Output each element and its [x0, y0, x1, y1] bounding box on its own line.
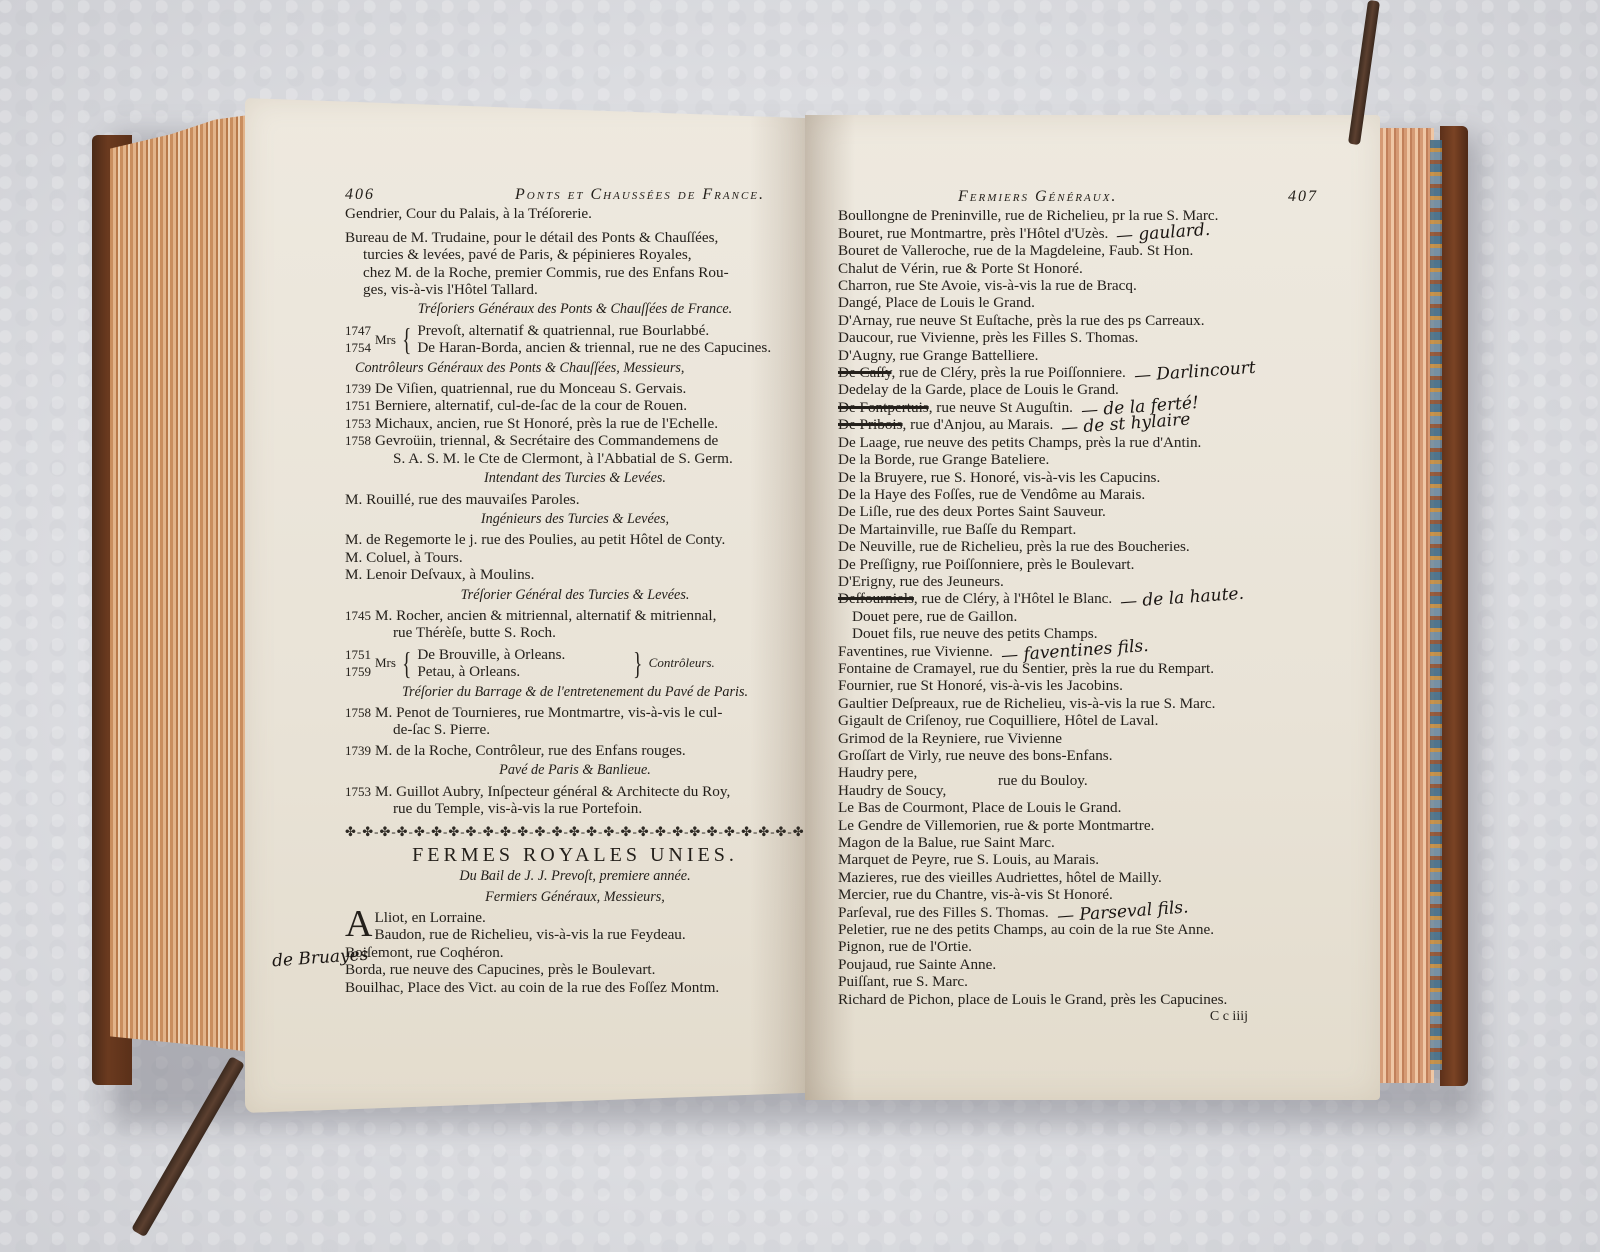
- list-item: Groſſart de Virly, rue neuve des bons-En…: [838, 747, 1308, 764]
- list-item: Pignon, rue de l'Ortie.: [838, 938, 1308, 955]
- signature-mark: C c iiij: [838, 1008, 1308, 1025]
- fermier-address: , rue Coquilliere, Hôtel de Laval.: [958, 712, 1159, 729]
- year: 1758: [345, 705, 371, 720]
- list-item: Magon de la Balue, rue Saint Marc.: [838, 834, 1308, 851]
- fermier-name: De la Bruyere: [838, 469, 923, 486]
- fermier-name: De Martainville: [838, 521, 935, 538]
- text-line: rue Thérèſe, butte S. Roch.: [345, 624, 805, 641]
- fermier-address: , rue S. Louis, au Marais.: [946, 851, 1099, 868]
- fermier-name: D'Erigny: [838, 573, 892, 590]
- fermier-name: Pignon: [838, 938, 881, 955]
- fermier-name: Deſfourniels: [838, 590, 914, 607]
- fermier-name: Marquet de Peyre: [838, 851, 946, 868]
- fermier-address: , rue Poiſſonniere, près le Boulevart.: [914, 556, 1134, 573]
- fermier-address: , rue Vivienne.: [904, 643, 993, 660]
- fermier-address: , rue des deux Portes Saint Sauveur.: [888, 503, 1106, 520]
- text-line: De Haran-Borda, ancien & triennal, rue n…: [417, 339, 771, 356]
- list-item: Poujaud, rue Sainte Anne.: [838, 956, 1308, 973]
- fermier-address: , rue du Chantre, vis-à-vis St Honoré.: [885, 886, 1112, 903]
- year: 1753: [345, 416, 371, 431]
- list-item: Daucour, rue Vivienne, près les Filles S…: [838, 329, 1308, 346]
- fermier-address: , rue Vivienne, près les Filles S. Thoma…: [890, 329, 1139, 346]
- section-title: FERMES ROYALES UNIES.: [345, 847, 805, 864]
- fermier-address: , rue de Vendôme au Marais.: [971, 486, 1145, 503]
- fermier-address: , rue de Richelieu, vis-à-vis la rue S. …: [955, 695, 1216, 712]
- text-line: de-ſac S. Pierre.: [345, 721, 805, 738]
- list-item: Grimod de la Reyniere, rue Vivienne: [838, 730, 1308, 747]
- list-item: Puiſſant, rue S. Marc.: [838, 973, 1308, 990]
- text-line: Bureau de M. Trudaine, pour le détail de…: [345, 229, 805, 246]
- fermier-name: Groſſart de Virly: [838, 747, 938, 764]
- year: 1759: [345, 663, 371, 680]
- fermier-name: De Liſle: [838, 503, 888, 520]
- list-item: De la Haye des Foſſes, rue de Vendôme au…: [838, 486, 1308, 503]
- list-item: Dangé, Place de Louis le Grand.: [838, 294, 1308, 311]
- text-line: chez M. de la Roche, premier Commis, rue…: [345, 264, 805, 281]
- fermier-address: , rue des Jeuneurs.: [892, 573, 1004, 590]
- fermier-name: Boullongne de Preninville: [838, 207, 997, 224]
- messieurs-abbrev: Mrs: [375, 654, 396, 671]
- fermier-name: Fontaine de Cramayel: [838, 660, 972, 677]
- text-line: M. Lenoir Deſvaux, à Moulins.: [345, 566, 805, 583]
- fermier-name: Haudry pere,: [838, 764, 917, 781]
- fermier-name: Douet pere: [852, 608, 919, 625]
- fermier-address: , rue & porte Montmartre.: [997, 817, 1155, 834]
- list-item: De la Borde, rue Grange Bateliere.: [838, 451, 1308, 468]
- list-item: Chalut de Vérin, rue & Porte St Honoré.: [838, 260, 1308, 277]
- fermier-name: Haudry de Soucy,: [838, 782, 946, 799]
- fermier-name: Faventines: [838, 643, 904, 660]
- text-line: rue du Temple, vis-à-vis la rue Portefoi…: [345, 800, 805, 817]
- list-item: Dedelay de la Garde, place de Louis le G…: [838, 381, 1308, 398]
- text-line: Bouilhac, Place des Vict. au coin de la …: [345, 979, 805, 996]
- fermier-address: , rue neuve des bons-Enfans.: [938, 747, 1113, 764]
- marbled-endpaper: [1430, 140, 1442, 1070]
- fermier-address: , rue de l'Ortie.: [881, 938, 972, 955]
- fermier-name: De Laage: [838, 434, 897, 451]
- fermier-name: Grimod de la Reyniere: [838, 730, 977, 747]
- text-line: M. Rocher, ancien & mitriennal, alternat…: [375, 607, 716, 624]
- year: 1745: [345, 608, 371, 623]
- controleurs-orleans-group: 1751 1759 Mrs { De Brouville, à Orleans.…: [345, 646, 805, 681]
- running-head-title: Ponts et Chaussées de France.: [515, 186, 805, 203]
- fermier-name: Chalut de Vérin: [838, 260, 935, 277]
- text-line: Petau, à Orleans.: [417, 663, 627, 680]
- section-heading: Tréſorier Général des Turcies & Levées.: [345, 587, 805, 604]
- list-item: De Neuville, rue de Richelieu, près la r…: [838, 538, 1308, 555]
- fermier-address: , rue du Sentier, près la rue du Rempart…: [972, 660, 1214, 677]
- list-item: Richard de Pichon, place de Louis le Gra…: [838, 991, 1308, 1008]
- text-line: Borda, rue neuve des Capucines, près le …: [345, 961, 805, 978]
- fermier-name: Poujaud: [838, 956, 888, 973]
- tresoriers-group: 1747 1754 Mrs { Prevoſt, alternatif & qu…: [345, 322, 805, 357]
- page-number: 406: [345, 186, 375, 203]
- year: 1753: [345, 784, 371, 799]
- list-item: Fontaine de Cramayel, rue du Sentier, pr…: [838, 660, 1308, 677]
- fermier-address: , rue Ste Avoie, vis-à-vis la rue de Bra…: [888, 277, 1137, 294]
- list-item: De la Bruyere, rue S. Honoré, vis-à-vis …: [838, 469, 1308, 486]
- fermier-name: De la Haye des Foſſes: [838, 486, 971, 503]
- section-heading: Tréſoriers Généraux des Ponts & Chauſſée…: [345, 301, 805, 318]
- fermier-address: , rue S. Honoré, vis-à-vis les Capucins.: [923, 469, 1160, 486]
- fermier-name: Douet fils: [852, 625, 912, 642]
- fermier-name: Puiſſant: [838, 973, 885, 990]
- fermier-name: Mazieres: [838, 869, 894, 886]
- list-item: Haudry de Soucy,: [838, 782, 1308, 799]
- fermier-name: Magon de la Balue: [838, 834, 953, 851]
- fermier-address: , rue de Gaillon.: [919, 608, 1017, 625]
- fermier-address: , rue neuve des petits Champs, près la r…: [897, 434, 1202, 451]
- fermier-address: , rue neuve St Euſtache, près la rue des…: [889, 312, 1205, 329]
- fermier-name: Mercier: [838, 886, 885, 903]
- fermier-address: , rue S. Marc.: [885, 973, 968, 990]
- list-item: De Martainville, rue Baſſe du Rempart.: [838, 521, 1308, 538]
- text-line: S. A. S. M. le Cte de Clermont, à l'Abba…: [345, 450, 805, 467]
- section-heading: Ingénieurs des Turcies & Levées,: [345, 511, 805, 528]
- brace-icon: {: [402, 324, 411, 354]
- text-line: Gevroüin, triennal, & Secrétaire des Com…: [375, 432, 718, 449]
- fermier-address: , rue de Cléry, près la rue Poiſſonniere…: [891, 364, 1125, 381]
- text-line: Gendrier, Cour du Palais, à la Tréſoreri…: [345, 205, 805, 222]
- fermier-address: , rue Baſſe du Rempart.: [935, 521, 1077, 538]
- fermier-address: , Place de Louis le Grand.: [878, 294, 1035, 311]
- year: 1758: [345, 433, 371, 448]
- fermier-address: , place de Louis le Grand.: [962, 381, 1118, 398]
- text-line: De Brouville, à Orleans.: [417, 646, 627, 663]
- fermier-address: , rue Vivienne: [977, 730, 1062, 747]
- list-item: Bouret, rue Montmartre, près l'Hôtel d'U…: [838, 225, 1308, 242]
- fermier-name: De Preſſigny: [838, 556, 914, 573]
- left-page-text: 406 Ponts et Chaussées de France. Gendri…: [345, 186, 805, 996]
- list-item: Gaultier Deſpreaux, rue de Richelieu, vi…: [838, 695, 1308, 712]
- list-item: Faventines, rue Vivienne.— faventines fi…: [838, 643, 1308, 660]
- fermier-address: , rue ne des petits Champs, au coin de l…: [884, 921, 1214, 938]
- list-item: D'Arnay, rue neuve St Euſtache, près la …: [838, 312, 1308, 329]
- text-line: ges, vis-à-vis l'Hôtel Tallard.: [345, 281, 805, 298]
- fermier-address: , rue de Richelieu, près la rue des Bouc…: [912, 538, 1190, 555]
- fermier-address: , rue des vieilles Audriettes, hôtel de …: [894, 869, 1162, 886]
- fermier-name: Gigault de Criſenoy: [838, 712, 958, 729]
- fermier-address: , rue St Honoré, vis-à-vis les Jacobins.: [890, 677, 1123, 694]
- fermier-name: Peletier: [838, 921, 884, 938]
- text-line: Prevoſt, alternatif & quatriennal, rue B…: [417, 322, 771, 339]
- list-item: Deſfourniels, rue de Cléry, à l'Hôtel le…: [838, 590, 1308, 607]
- right-page-text: Fermiers Généraux. 407 Boullongne de Pre…: [838, 188, 1308, 1026]
- book-cover-right: [1440, 126, 1468, 1086]
- fermier-name: Dedelay de la Garde: [838, 381, 962, 398]
- list-item: De Laage, rue neuve des petits Champs, p…: [838, 434, 1308, 451]
- page-edges-right: [1372, 128, 1434, 1083]
- section-heading: Pavé de Paris & Banlieue.: [345, 762, 805, 779]
- fermier-address: , rue d'Anjou, au Marais.: [903, 416, 1054, 433]
- fermier-address: , rue neuve des petits Champs.: [912, 625, 1097, 642]
- fermier-address: , Place de Louis le Grand.: [964, 799, 1121, 816]
- list-item: Le Bas de Courmont, Place de Louis le Gr…: [838, 799, 1308, 816]
- text-line: Boiſemont, rue Coqhéron.: [345, 944, 805, 961]
- right-running-head: Fermiers Généraux. 407: [838, 188, 1308, 205]
- fermier-address: , rue des Filles S. Thomas.: [888, 904, 1049, 921]
- list-item: De Caſſy, rue de Cléry, près la rue Poiſ…: [838, 364, 1308, 381]
- year: 1751: [345, 398, 371, 413]
- text-line: M. Penot de Tournieres, rue Montmartre, …: [375, 704, 722, 721]
- year: 1754: [345, 339, 371, 356]
- fermier-address: , rue Sainte Anne.: [888, 956, 996, 973]
- year: 1739: [345, 743, 371, 758]
- text-line: M. Rouillé, rue des mauvaiſes Paroles.: [345, 491, 805, 508]
- list-item: Gigault de Criſenoy, rue Coquilliere, Hô…: [838, 712, 1308, 729]
- list-item: De Fontpertuis, rue neuve St Auguſtin.— …: [838, 399, 1308, 416]
- list-item: De Pribois, rue d'Anjou, au Marais.— de …: [838, 416, 1308, 433]
- text-line: M. de Regemorte le j. rue des Poulies, a…: [345, 531, 805, 548]
- bail-heading: Du Bail de J. J. Prevoſt, premiere année…: [345, 868, 805, 885]
- text-line: M. Coluel, à Tours.: [345, 549, 805, 566]
- fermier-name: Dangé: [838, 294, 878, 311]
- page-number: 407: [1288, 188, 1318, 205]
- fermier-name: Gaultier Deſpreaux: [838, 695, 955, 712]
- fermier-address: , place de Louis le Grand, près les Capu…: [950, 991, 1227, 1008]
- section-heading: Tréſorier du Barrage & de l'entretenemen…: [345, 684, 805, 701]
- fermier-name: Parſeval: [838, 904, 888, 921]
- fermier-name: De Fontpertuis: [838, 399, 929, 416]
- left-running-head: 406 Ponts et Chaussées de France.: [345, 186, 805, 203]
- list-item: De Preſſigny, rue Poiſſonniere, près le …: [838, 556, 1308, 573]
- fermier-address: , rue & Porte St Honoré.: [935, 260, 1083, 277]
- ornamental-divider: ✤-✤-✤-✤-✤-✤-✤-✤-✤-✤-✤-✤-✤-✤-✤-✤-✤-✤-✤-✤-…: [345, 823, 805, 840]
- text-line: turcies & levées, pavé de Paris, & pépin…: [345, 246, 805, 263]
- text-line: M. Guillot Aubry, Inſpecteur général & A…: [375, 783, 730, 800]
- list-item: Mercier, rue du Chantre, vis-à-vis St Ho…: [838, 886, 1308, 903]
- fermier-name: Le Gendre de Villemorien: [838, 817, 997, 834]
- fermier-name: De la Borde: [838, 451, 911, 468]
- list-item: Bouret de Valleroche, rue de la Magdelei…: [838, 242, 1308, 259]
- brace-icon: }: [633, 648, 642, 678]
- section-heading: Intendant des Turcies & Levées.: [345, 470, 805, 487]
- list-item: Mazieres, rue des vieilles Audriettes, h…: [838, 869, 1308, 886]
- fermier-name: Daucour: [838, 329, 890, 346]
- fermier-name: Fournier: [838, 677, 890, 694]
- section-heading: Contrôleurs Généraux des Ponts & Chauſſé…: [345, 360, 805, 377]
- fermier-name: D'Arnay: [838, 312, 889, 329]
- fermier-address: , rue de la Magdeleine, Faub. St Hon.: [966, 242, 1193, 259]
- list-item: Haudry pere,rue du Bouloy.: [838, 764, 1308, 781]
- fermier-address: , rue Saint Marc.: [953, 834, 1055, 851]
- messieurs-abbrev: Mrs: [375, 331, 396, 348]
- text-line: Michaux, ancien, rue St Honoré, près la …: [375, 415, 718, 432]
- fermier-address: , rue Grange Battelliere.: [892, 347, 1038, 364]
- text-line: M. de la Roche, Contrôleur, rue des Enfa…: [375, 742, 686, 759]
- fermier-name: De Caſſy: [838, 364, 891, 381]
- list-item: Douet fils, rue neuve des petits Champs.: [838, 625, 1308, 642]
- list-item: Marquet de Peyre, rue S. Louis, au Marai…: [838, 851, 1308, 868]
- fermier-name: Le Bas de Courmont: [838, 799, 964, 816]
- brace-icon: {: [402, 648, 411, 678]
- fermier-address: , rue Montmartre, près l'Hôtel d'Uzès.: [879, 225, 1108, 242]
- list-item: Parſeval, rue des Filles S. Thomas.— Par…: [838, 904, 1308, 921]
- text-line: Berniere, alternatif, cul-de-ſac de la c…: [375, 397, 687, 414]
- fermier-name: De Neuville: [838, 538, 912, 555]
- running-head-title: Fermiers Généraux.: [838, 188, 1117, 205]
- fermiers-list: A Lliot, en Lorraine. Baudon, rue de Ric…: [345, 909, 805, 996]
- drop-cap: A: [345, 909, 372, 939]
- fermier-name: De Pribois: [838, 416, 903, 433]
- text-line: Baudon, rue de Richelieu, vis-à-vis la r…: [345, 926, 805, 943]
- year: 1747: [345, 322, 371, 339]
- fermier-address: , rue de Cléry, à l'Hôtel le Blanc.: [914, 590, 1112, 607]
- year: 1751: [345, 646, 371, 663]
- fermier-address: , rue neuve St Auguſtin.: [929, 399, 1073, 416]
- fermiers-heading: Fermiers Généraux, Messieurs,: [345, 889, 805, 906]
- fermier-name: D'Augny: [838, 347, 892, 364]
- list-item: Boullongne de Preninville, rue de Richel…: [838, 207, 1308, 224]
- list-item: Fournier, rue St Honoré, vis-à-vis les J…: [838, 677, 1308, 694]
- fermier-name: Richard de Pichon: [838, 991, 950, 1008]
- year: 1739: [345, 381, 371, 396]
- list-item: Peletier, rue ne des petits Champs, au c…: [838, 921, 1308, 938]
- text-line: De Viſien, quatriennal, rue du Monceau S…: [375, 380, 686, 397]
- controleurs-label: Contrôleurs.: [649, 654, 715, 671]
- text-line: Lliot, en Lorraine.: [345, 909, 805, 926]
- fermiers-generaux-list: Boullongne de Preninville, rue de Richel…: [838, 207, 1308, 1008]
- list-item: Douet pere, rue de Gaillon.: [838, 608, 1308, 625]
- fermier-name: Bouret de Valleroche: [838, 242, 966, 259]
- list-item: Le Gendre de Villemorien, rue & porte Mo…: [838, 817, 1308, 834]
- list-item: Charron, rue Ste Avoie, vis-à-vis la rue…: [838, 277, 1308, 294]
- list-item: De Liſle, rue des deux Portes Saint Sauv…: [838, 503, 1308, 520]
- fermier-address: , rue Grange Bateliere.: [911, 451, 1049, 468]
- fermier-name: Charron: [838, 277, 888, 294]
- fermier-name: Bouret: [838, 225, 879, 242]
